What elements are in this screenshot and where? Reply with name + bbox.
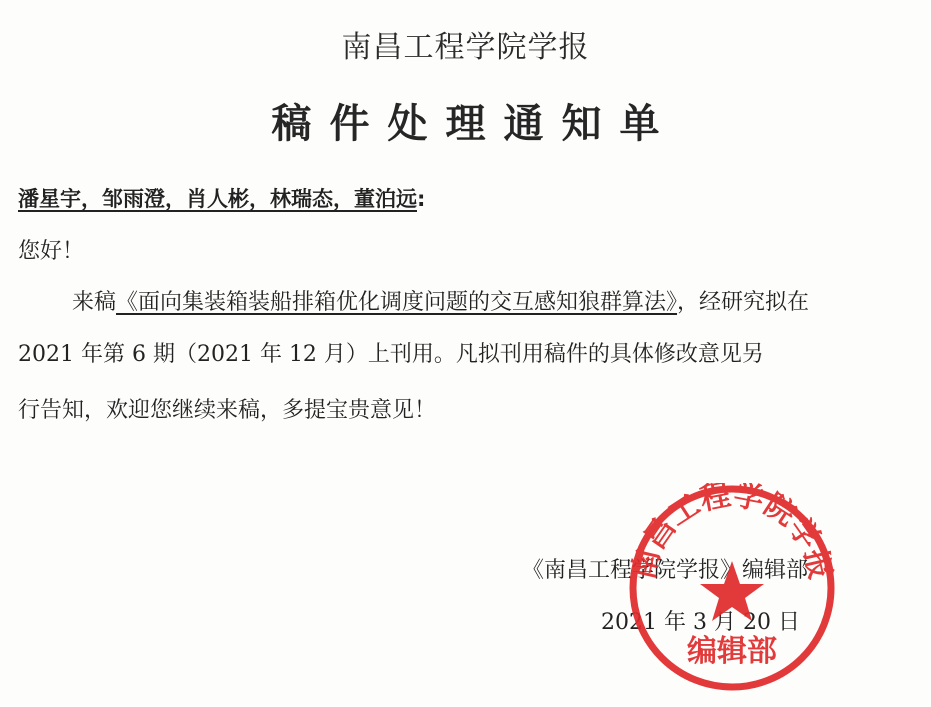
signature-date: 2021 年 3 月 20 日	[601, 605, 800, 636]
line1-suffix: ，经研究拟在	[677, 290, 809, 315]
body-line-3: 行告知，欢迎您继续来稿，多提宝贵意见！	[18, 393, 436, 424]
paper-title: 《面向集装箱装船排箱优化调度问题的交互感知狼群算法》	[116, 290, 677, 315]
notice-title: 稿件处理通知单	[0, 92, 931, 149]
official-seal-stamp: 南昌工程学院学报 编辑部	[627, 483, 837, 693]
recipients-line: 潘星宇，邹雨澄，肖人彬，林瑞态，董泊远:	[18, 183, 425, 213]
recipient-colon: :	[417, 187, 425, 211]
body-line-1: 来稿《面向集装箱装船排箱优化调度问题的交互感知狼群算法》，经研究拟在	[72, 285, 809, 316]
signature-department: 《南昌工程学院学报》编辑部	[522, 553, 808, 584]
stamp-bottom-text: 编辑部	[687, 634, 777, 669]
line1-prefix: 来稿	[72, 290, 116, 315]
stamp-ring	[633, 489, 831, 687]
greeting: 您好！	[18, 234, 84, 265]
journal-name: 南昌工程学院学报	[0, 22, 931, 66]
recipient-names: 潘星宇，邹雨澄，肖人彬，林瑞态，董泊远	[18, 187, 417, 211]
body-line-2: 2021 年第 6 期（2021 年 12 月）上刊用。凡拟刊用稿件的具体修改意…	[18, 337, 764, 368]
